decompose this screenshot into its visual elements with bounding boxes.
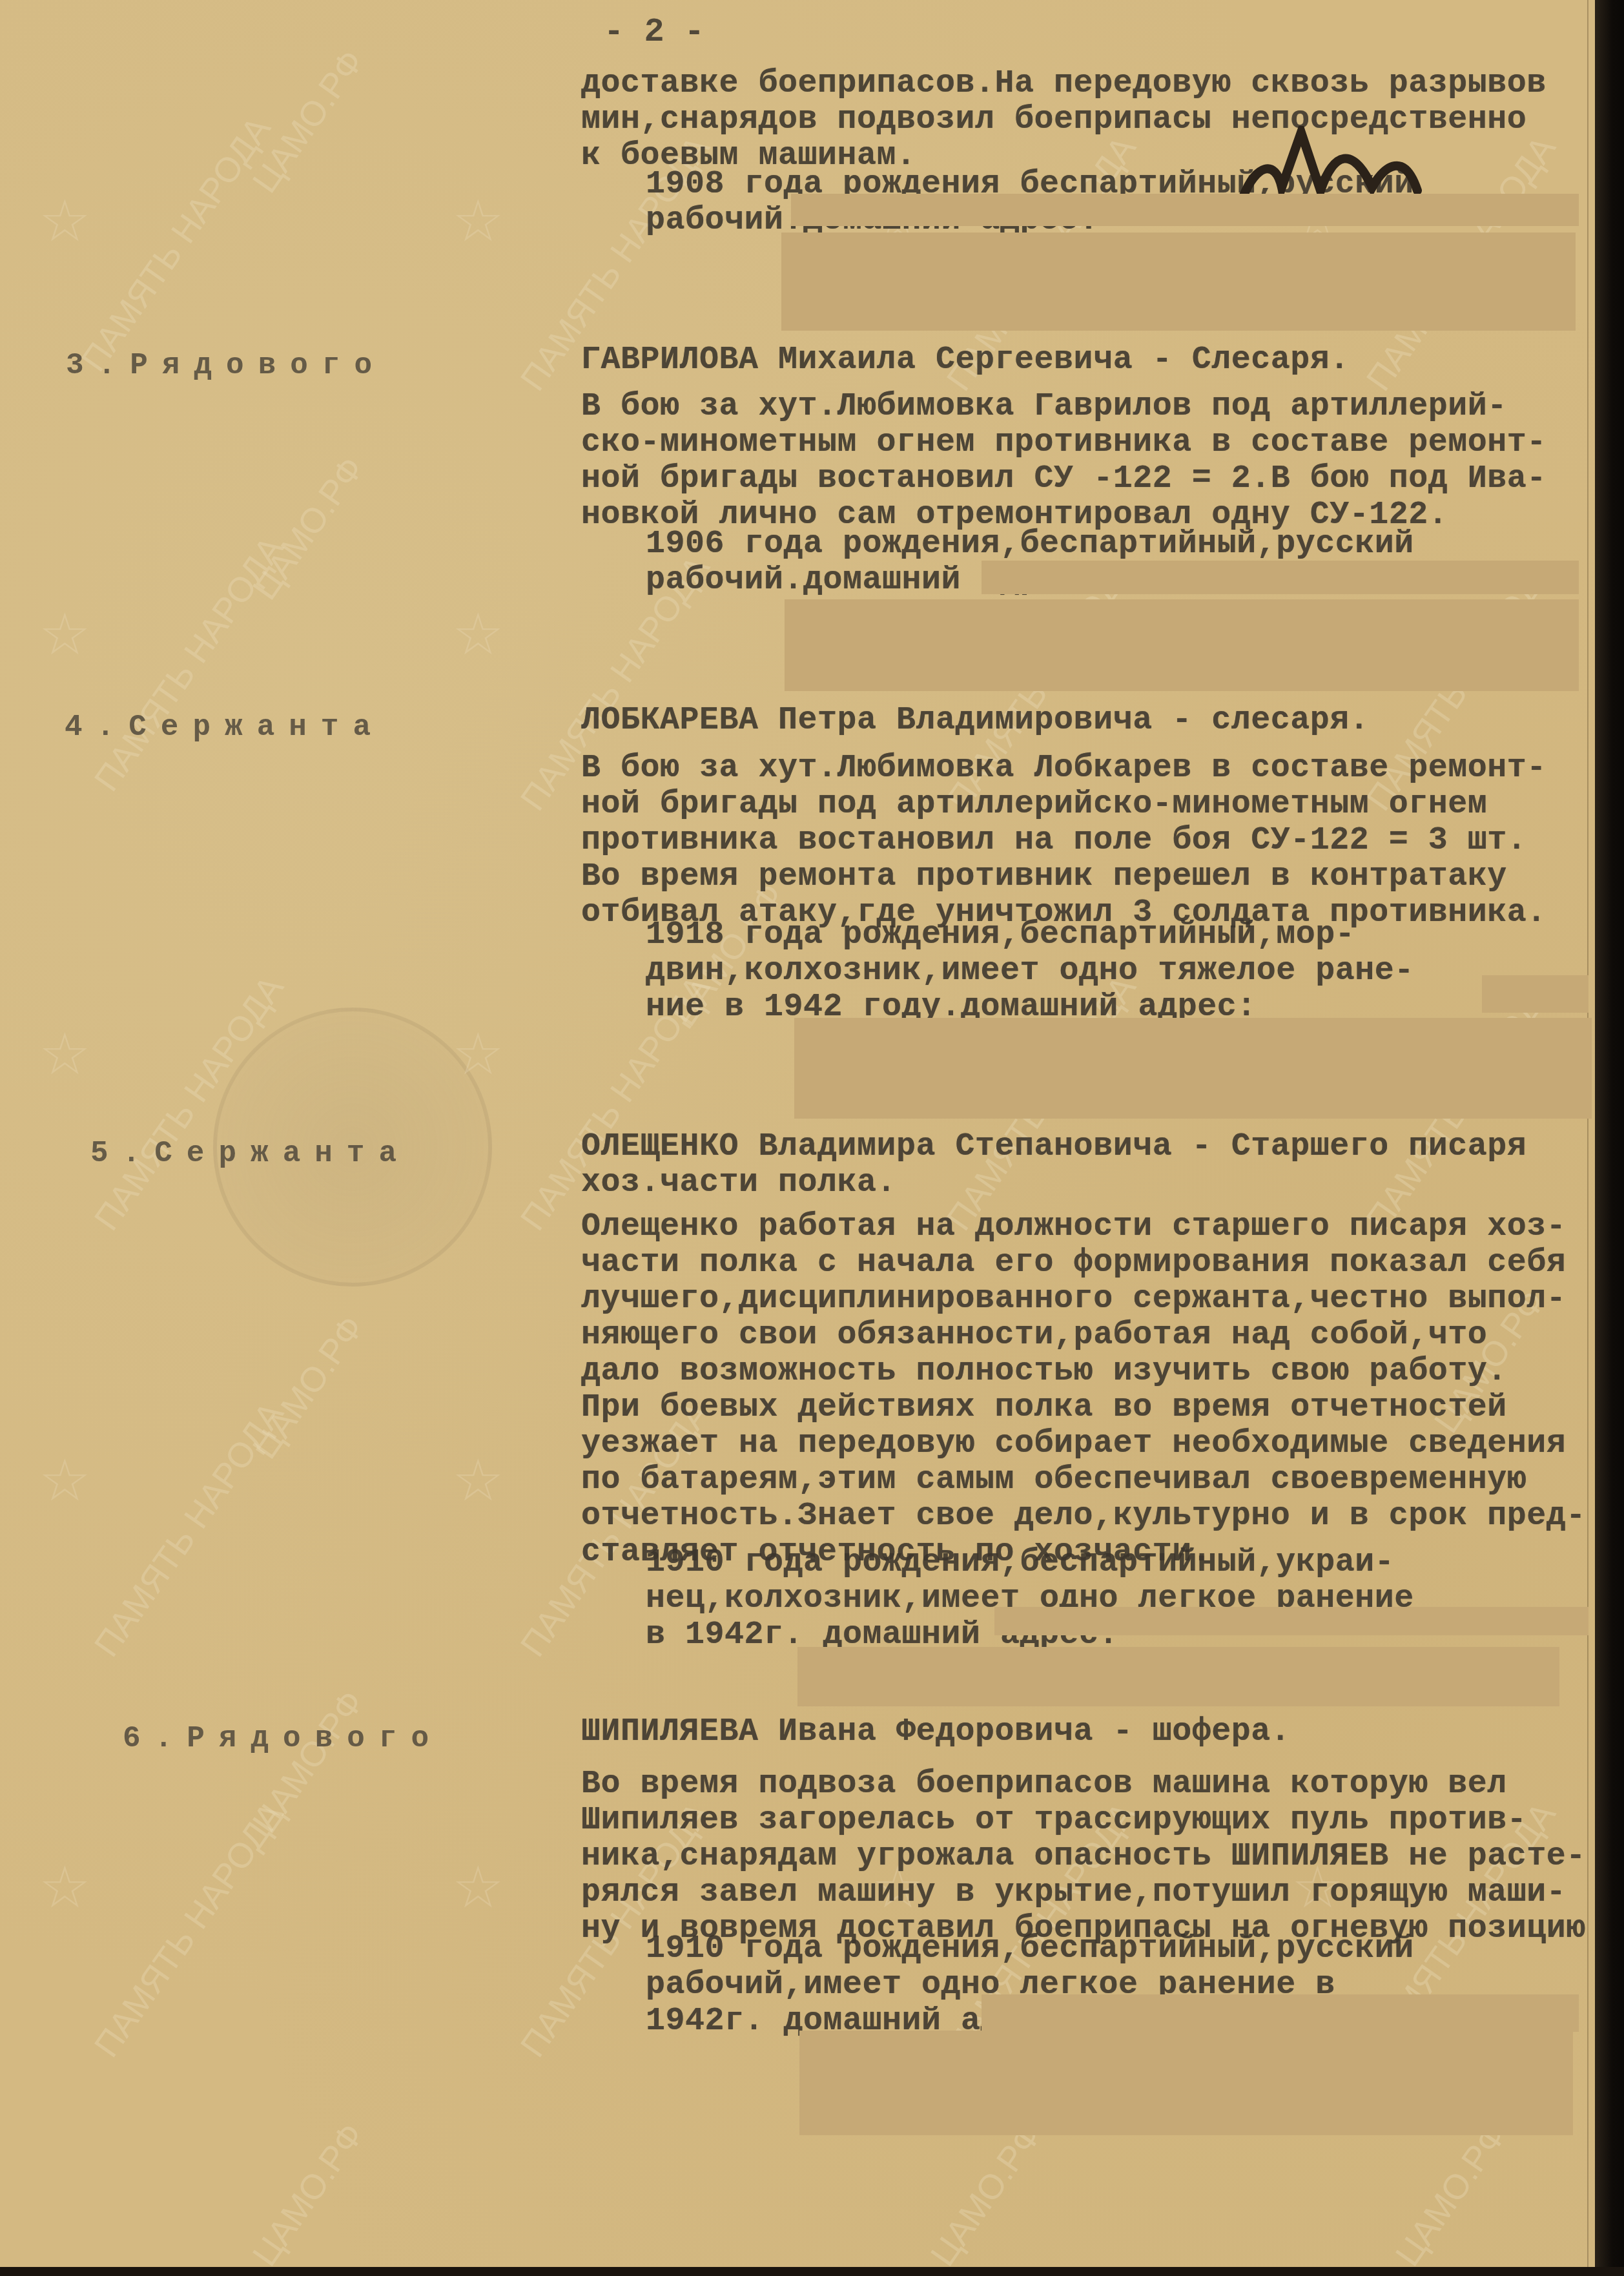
page-number: - 2 -	[604, 13, 704, 51]
entry-4-description: В бою за хут.Любимовка Лобкарев в состав…	[581, 750, 1547, 931]
entry-3-rank-label: 3.Рядового	[66, 349, 386, 382]
entry-3-description: В бою за хут.Любимовка Гаврилов под арти…	[581, 389, 1547, 533]
redaction-block	[794, 1018, 1592, 1119]
scan-border-right	[1595, 0, 1624, 2276]
entry-6-description: Во время подвоза боеприпасов машина кото…	[581, 1766, 1586, 1947]
entry-5-description: Олещенко работая на должности старшего п…	[581, 1209, 1586, 1571]
entry-3-name: ГАВРИЛОВА Михаила Сергеевича - Слесаря.	[581, 342, 1350, 378]
redaction-block	[982, 561, 1579, 594]
redaction-block	[799, 2031, 1573, 2135]
handwritten-mark	[1230, 126, 1424, 203]
redaction-block	[982, 1994, 1579, 2032]
redaction-block	[785, 599, 1579, 691]
entry-6-name: ШИПИЛЯЕВА Ивана Федоровича - шофера.	[581, 1714, 1290, 1750]
entry-6-rank-label: 6.Рядового	[123, 1722, 443, 1755]
entry-5-rank-label: 5.Сержанта	[90, 1137, 411, 1170]
entry-4-bio: 1918 года рождения,беспартийный,мор- дви…	[646, 917, 1414, 1026]
entry-5-bio: 1910 года рождения,беспартийный,украи- н…	[646, 1545, 1414, 1653]
scan-border-bottom	[0, 2267, 1624, 2276]
entry-5-name: ОЛЕЩЕНКО Владимира Степановича - Старшег…	[581, 1129, 1526, 1201]
redaction-block	[1482, 975, 1588, 1013]
redaction-block	[994, 1607, 1588, 1635]
redaction-block	[797, 1647, 1559, 1706]
redaction-block	[791, 194, 1579, 226]
page-edge-line	[1587, 0, 1588, 2267]
entry-4-name: ЛОБКАРЕВА Петра Владимировича - слесаря.	[581, 703, 1369, 739]
redaction-block	[781, 233, 1576, 331]
entry-4-rank-label: 4.Сержанта	[65, 710, 385, 744]
